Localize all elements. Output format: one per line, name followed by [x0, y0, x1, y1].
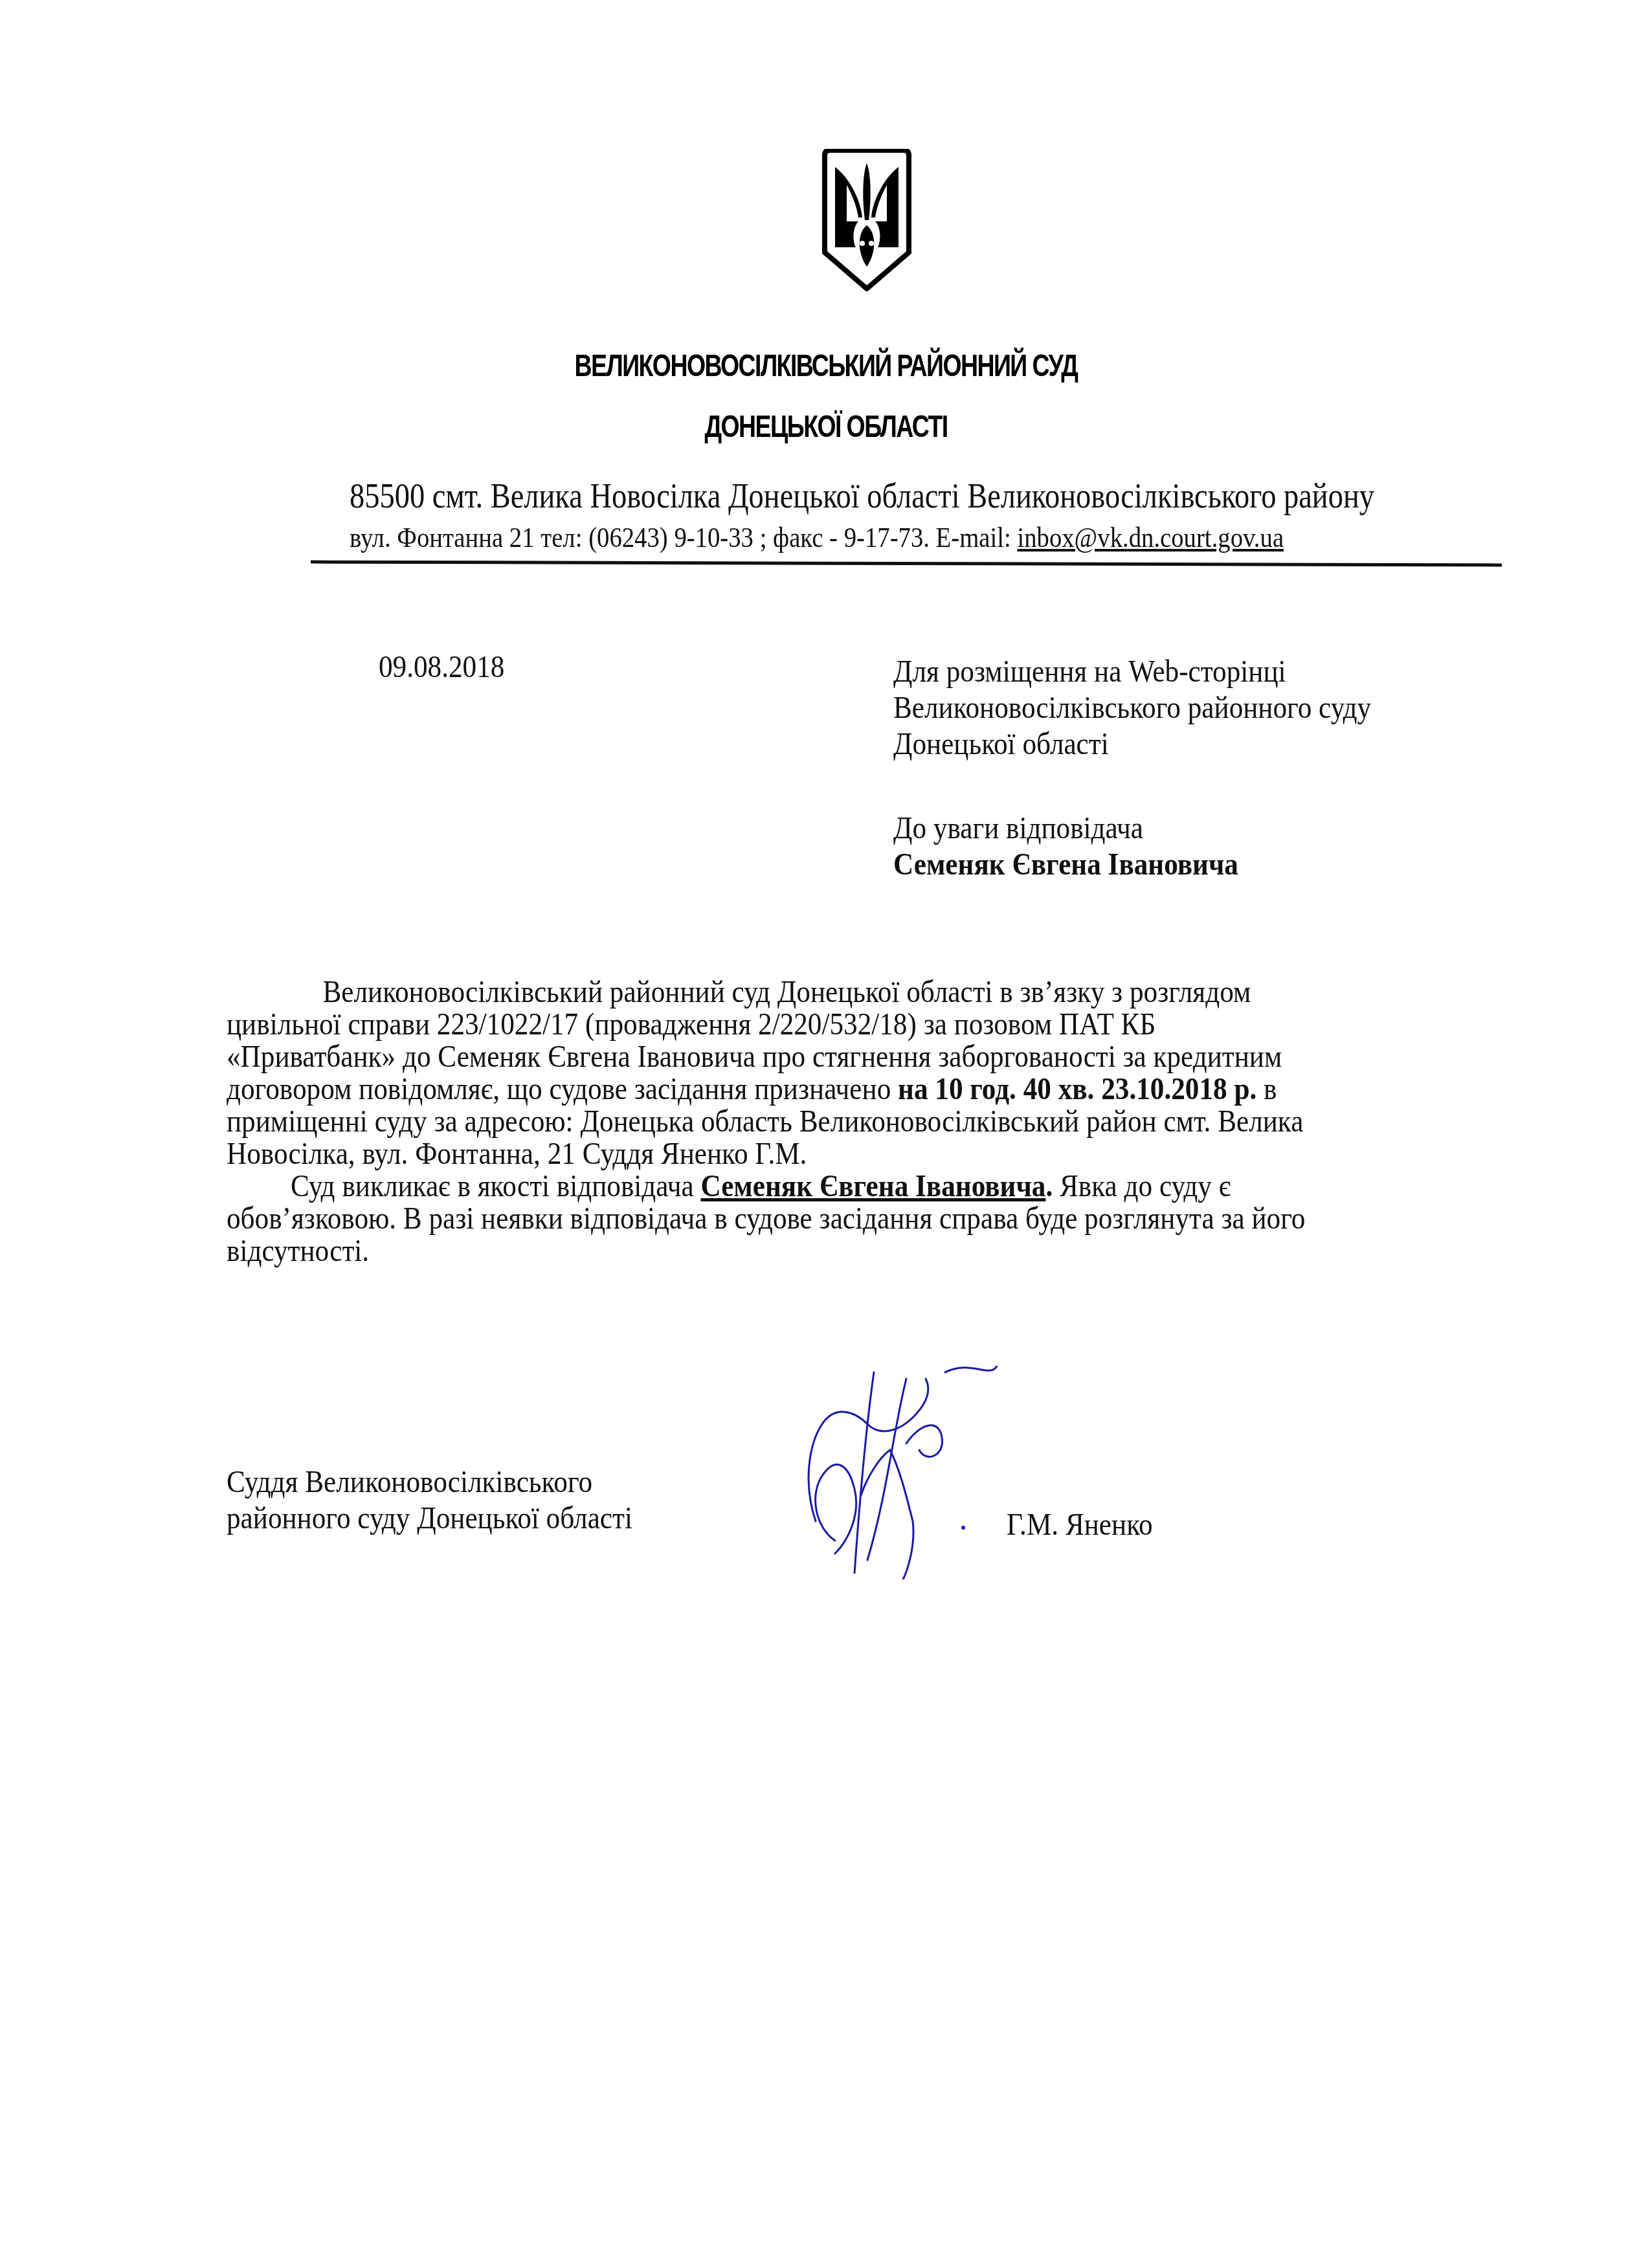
- body-line: приміщенні суду за адресою: Донецька обл…: [227, 1106, 1368, 1138]
- addressee-block: Для розміщення на Web-сторінці Великонов…: [893, 654, 1371, 763]
- body-line: Суд викликає в якості відповідача Семеня…: [227, 1170, 1368, 1203]
- judge-title-line: районного суду Донецької області: [227, 1500, 632, 1537]
- body-line: обов’язковою. В разі неявки відповідача …: [227, 1203, 1368, 1235]
- judge-title-line: Суддя Великоновосілківського: [227, 1464, 632, 1500]
- contacts-text: вул. Фонтанна 21 тел: (06243) 9-10-33 ; …: [350, 522, 1017, 553]
- court-address: 85500 смт. Велика Новосілка Донецької об…: [350, 476, 1374, 516]
- body-line: «Приватбанк» до Семеняк Євгена Івановича…: [227, 1041, 1368, 1073]
- header-divider: [311, 561, 1502, 567]
- tryzub-coat-of-arms-icon: [820, 149, 914, 291]
- addressee-line: Для розміщення на Web-сторінці: [893, 654, 1371, 690]
- body-line: Великоновосілківський районний суд Донец…: [227, 976, 1368, 1009]
- paragraph-1: Великоновосілківський районний суд Донец…: [227, 976, 1495, 1170]
- court-name-line1: ВЕЛИКОНОВОСІЛКІВСЬКИЙ РАЙОННИЙ СУД: [182, 348, 1471, 384]
- notice-body: Великоновосілківський районний суд Донец…: [227, 976, 1495, 1267]
- defendant-name: Семеняк Євгена Івановича: [893, 847, 1238, 883]
- hearing-datetime: на 10 год. 40 хв. 23.10.2018 р.: [898, 1072, 1256, 1106]
- court-name-line2: ДОНЕЦЬКОЇ ОБЛАСТІ: [182, 409, 1471, 445]
- body-text: Явка до суду є: [1053, 1169, 1231, 1203]
- addressee-line: Великоновосілківського районного суду: [893, 690, 1371, 726]
- body-text: договором повідомляє, що судове засіданн…: [227, 1072, 898, 1106]
- body-line: відсутності.: [227, 1235, 1368, 1267]
- body-line: Новосілка, вул. Фонтанна, 21 Суддя Яненк…: [227, 1138, 1368, 1170]
- court-contacts: вул. Фонтанна 21 тел: (06243) 9-10-33 ; …: [350, 521, 1284, 554]
- body-text: в: [1256, 1072, 1277, 1106]
- email-link[interactable]: inbox@vk.dn.court.gov.ua: [1017, 522, 1284, 553]
- attention-block: До уваги відповідача Семеняк Євгена Іван…: [893, 810, 1238, 883]
- handwritten-signature-icon: [777, 1366, 1049, 1579]
- addressee-line: Донецької області: [893, 726, 1371, 763]
- paragraph-2: Суд викликає в якості відповідача Семеня…: [227, 1170, 1495, 1267]
- defendant-name-underlined: Семеняк Євгена Івановича: [700, 1169, 1045, 1203]
- body-text: Суд викликає в якості відповідача: [291, 1169, 700, 1203]
- body-text: .: [1045, 1169, 1053, 1203]
- document-date: 09.08.2018: [379, 649, 504, 685]
- attention-label: До уваги відповідача: [893, 810, 1238, 847]
- body-line: цивільної справи 223/1022/17 (провадженн…: [227, 1009, 1368, 1041]
- judge-title: Суддя Великоновосілківського районного с…: [227, 1464, 632, 1537]
- body-line: договором повідомляє, що судове засіданн…: [227, 1073, 1368, 1106]
- judge-name: Г.М. Яненко: [1007, 1507, 1153, 1543]
